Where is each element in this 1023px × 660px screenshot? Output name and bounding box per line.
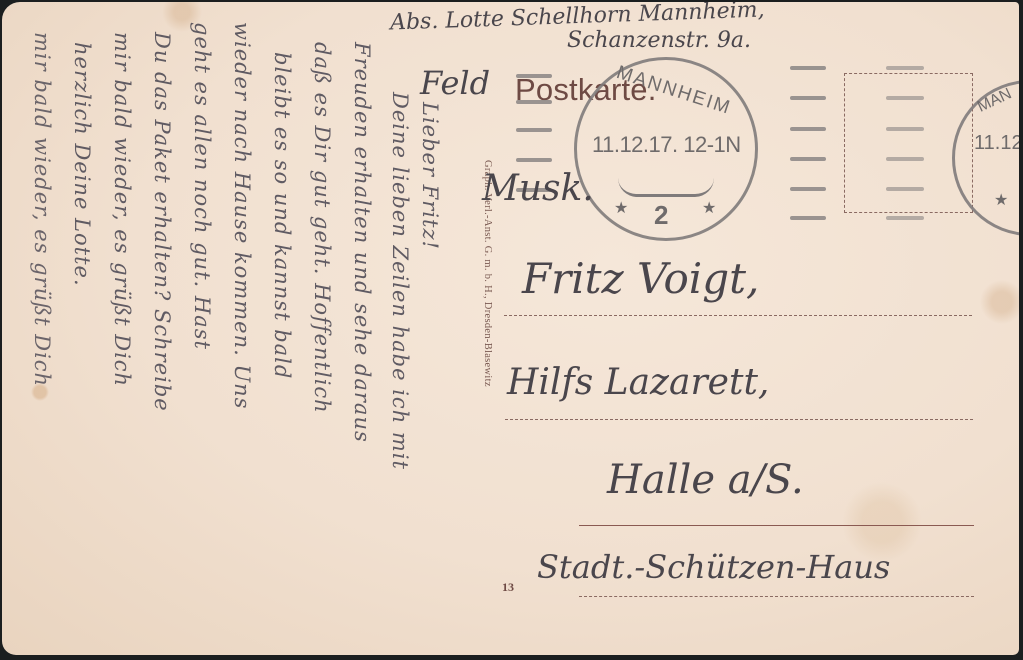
recipient-rank: Musk. — [482, 168, 594, 209]
postcard: Postkarte. Graph. Verl.-Anst. G. m. b. H… — [2, 2, 1019, 655]
star-icon: ★ — [614, 198, 628, 218]
message-line: Deine lieben Zeilen habe ich mit — [388, 92, 412, 470]
star-icon: ★ — [994, 190, 1008, 210]
recipient-city: Halle a/S. — [607, 457, 804, 503]
message-line: Freuden erhalten und sehe daraus — [350, 42, 374, 443]
message-line: geht es allen noch gut. Hast — [190, 22, 214, 350]
sender-line-2: Schanzenstr. 9a. — [567, 28, 751, 53]
message-line: mir bald wieder, es grüßt Dich — [30, 32, 54, 387]
address-line-4 — [579, 596, 974, 597]
postmark-date-partial: 11.12 — [974, 132, 1019, 155]
postmark-date: 11.12.17. 12-1N — [592, 132, 741, 158]
message-line: bleibt es so und kannst bald — [270, 52, 294, 379]
address-line-2 — [505, 419, 973, 420]
message-line: Du das Paket erhalten? Schreibe — [150, 32, 174, 412]
card-number: 13 — [502, 580, 514, 595]
postmark-office-number: 2 — [654, 200, 668, 231]
message-line: herzlich Deine Lotte. — [70, 42, 94, 287]
message-line: mir bald wieder, es grüßt Dich — [110, 32, 134, 387]
address-line-1 — [504, 315, 972, 316]
message-line: wieder nach Hause kommen. Uns — [230, 22, 254, 409]
star-icon: ★ — [702, 198, 716, 218]
message-line: daß es Dir gut geht. Hoffentlich — [310, 42, 334, 414]
recipient-street: Stadt.-Schützen-Haus — [537, 548, 890, 586]
message-line: Lieber Fritz! — [418, 102, 442, 250]
postmark-arc — [618, 178, 714, 197]
recipient-unit: Hilfs Lazarett, — [507, 362, 769, 403]
recipient-name: Fritz Voigt, — [522, 254, 759, 303]
recipient-prefix: Feld — [420, 64, 490, 102]
address-line-3 — [579, 525, 974, 526]
